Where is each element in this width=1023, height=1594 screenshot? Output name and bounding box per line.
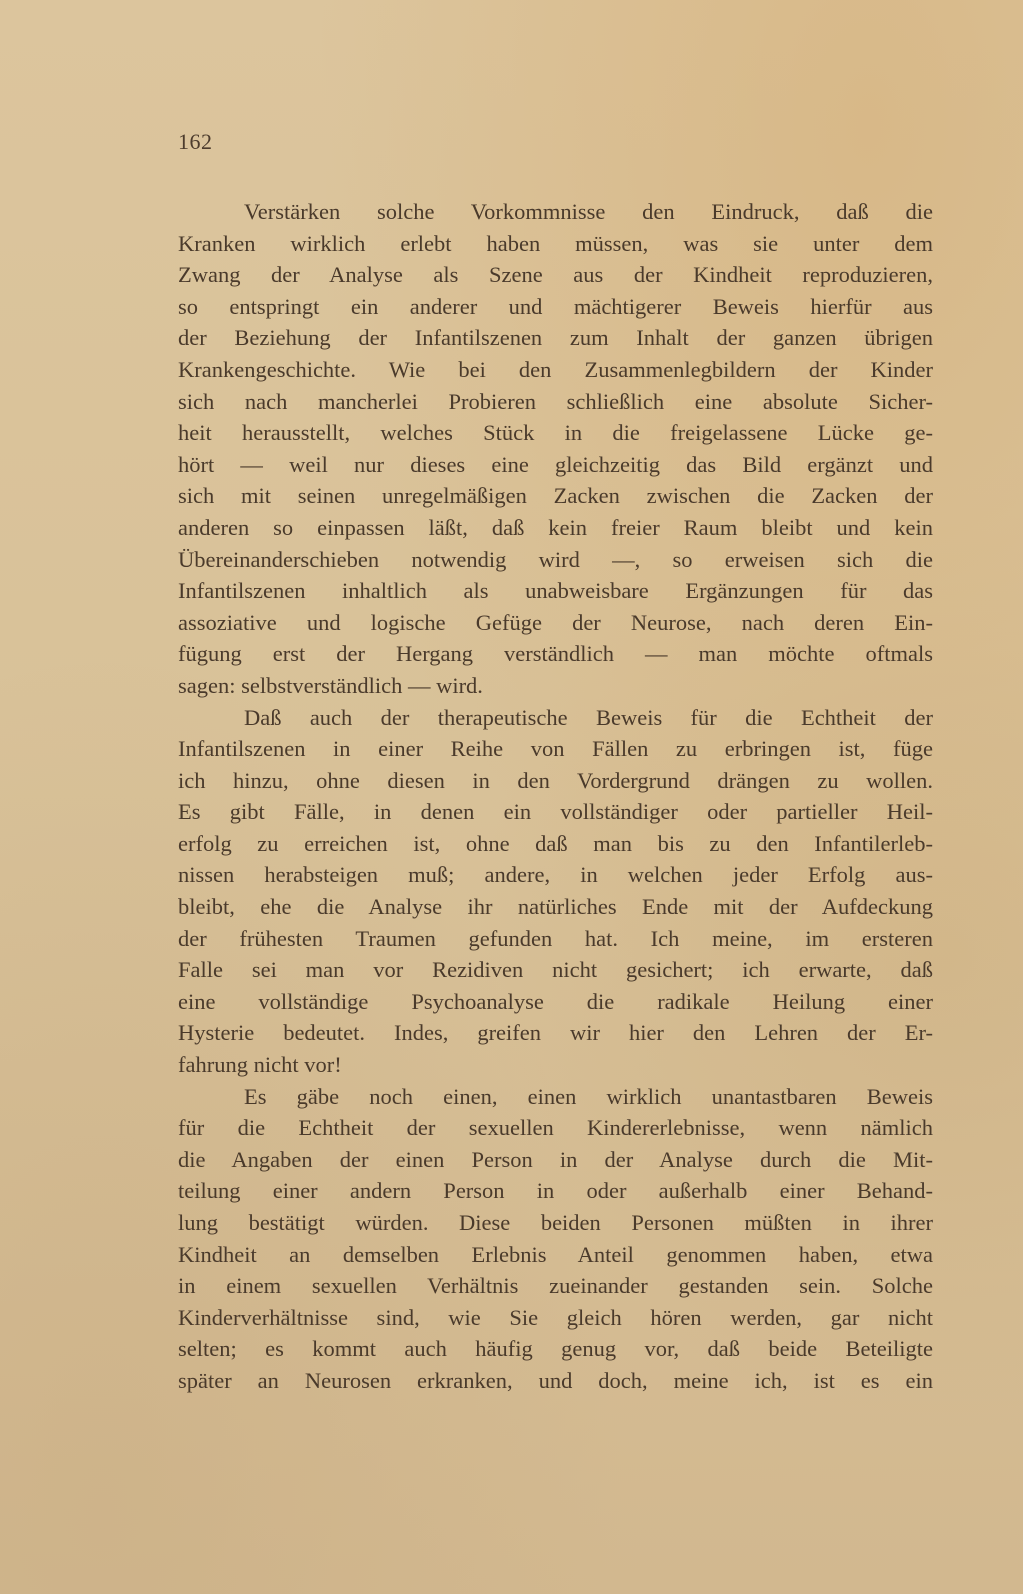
text-line: selten; es kommt auch häufig genug vor, … — [178, 1333, 933, 1365]
text-line: anderen so einpassen läßt, daß kein frei… — [178, 512, 933, 544]
text-line: erfolg zu erreichen ist, ohne daß man bi… — [178, 828, 933, 860]
text-line: Daß auch der therapeutische Beweis für d… — [178, 702, 933, 734]
text-line: eine vollständige Psychoanalyse die radi… — [178, 986, 933, 1018]
paragraph-3: Es gäbe noch einen, einen wirklich unant… — [178, 1081, 933, 1397]
text-line: für die Echtheit der sexuellen Kindererl… — [178, 1112, 933, 1144]
text-line: teilung einer andern Person in oder auße… — [178, 1175, 933, 1207]
text-line: sich nach mancherlei Probieren schließli… — [178, 386, 933, 418]
text-line: bleibt, ehe die Analyse ihr natürliches … — [178, 891, 933, 923]
paragraph-1: Verstärken solche Vorkommnisse den Eindr… — [178, 196, 933, 702]
text-line: Kinderverhältnisse sind, wie Sie gleich … — [178, 1302, 933, 1334]
text-line: Krankengeschichte. Wie bei den Zusammenl… — [178, 354, 933, 386]
text-line: der Beziehung der Infantilszenen zum Inh… — [178, 322, 933, 354]
text-line: fügung erst der Hergang verständlich — m… — [178, 638, 933, 670]
body-text: Verstärken solche Vorkommnisse den Eindr… — [178, 196, 933, 1397]
text-line: Infantilszenen inhaltlich als unabweisba… — [178, 575, 933, 607]
text-line: die Angaben der einen Person in der Anal… — [178, 1144, 933, 1176]
text-line: Kindheit an demselben Erlebnis Anteil ge… — [178, 1239, 933, 1271]
text-line: lung bestätigt würden. Diese beiden Pers… — [178, 1207, 933, 1239]
text-line: so entspringt ein anderer und mächtigere… — [178, 291, 933, 323]
text-line: Übereinanderschieben notwendig wird —, s… — [178, 544, 933, 576]
text-line: sich mit seinen unregelmäßigen Zacken zw… — [178, 480, 933, 512]
text-line: sagen: selbstverständlich — wird. — [178, 670, 933, 702]
text-line: der frühesten Traumen gefunden hat. Ich … — [178, 923, 933, 955]
text-line: Verstärken solche Vorkommnisse den Eindr… — [178, 196, 933, 228]
text-line: Infantilszenen in einer Reihe von Fällen… — [178, 733, 933, 765]
text-line: Es gibt Fälle, in denen ein vollständige… — [178, 796, 933, 828]
page-number: 162 — [178, 129, 213, 155]
text-line: assoziative und logische Gefüge der Neur… — [178, 607, 933, 639]
text-line: Falle sei man vor Rezidiven nicht gesich… — [178, 954, 933, 986]
book-page: 162 Verstärken solche Vorkommnisse den E… — [0, 0, 1023, 1594]
text-line: Zwang der Analyse als Szene aus der Kind… — [178, 259, 933, 291]
text-line: hört — weil nur dieses eine gleichzeitig… — [178, 449, 933, 481]
text-line: Hysterie bedeutet. Indes, greifen wir hi… — [178, 1017, 933, 1049]
text-line: in einem sexuellen Verhältnis zueinander… — [178, 1270, 933, 1302]
text-line: fahrung nicht vor! — [178, 1049, 933, 1081]
text-line: Es gäbe noch einen, einen wirklich unant… — [178, 1081, 933, 1113]
text-line: Kranken wirklich erlebt haben müssen, wa… — [178, 228, 933, 260]
text-line: später an Neurosen erkranken, und doch, … — [178, 1365, 933, 1397]
text-line: heit herausstellt, welches Stück in die … — [178, 417, 933, 449]
paragraph-2: Daß auch der therapeutische Beweis für d… — [178, 702, 933, 1081]
text-line: nissen herabsteigen muß; andere, in welc… — [178, 859, 933, 891]
text-line: ich hinzu, ohne diesen in den Vordergrun… — [178, 765, 933, 797]
